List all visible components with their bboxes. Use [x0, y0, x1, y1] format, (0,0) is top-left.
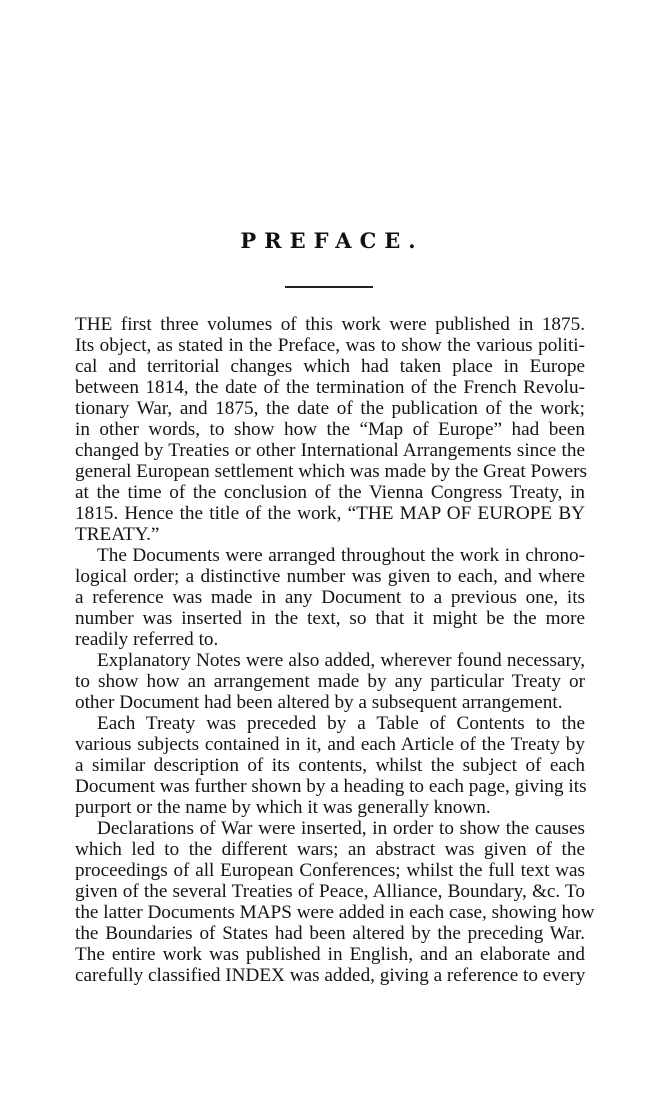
text-line: logical order; a distinctive number was … — [75, 566, 585, 587]
preface-body-text: THE first three volumes of this work wer… — [75, 314, 585, 986]
text-line: cal and territorial changes which had ta… — [75, 356, 585, 377]
text-line: a similar description of its contents, w… — [75, 755, 585, 776]
text-line: a reference was made in any Document to … — [75, 587, 585, 608]
text-line: THE first three volumes of this work wer… — [75, 314, 585, 335]
page-title: PREFACE. — [0, 228, 664, 253]
text-line: other Document had been altered by a sub… — [75, 692, 585, 713]
text-line: 1815. Hence the title of the work, “THE … — [75, 503, 585, 524]
title-rule-divider — [285, 286, 373, 288]
text-line: the Boundaries of States had been altere… — [75, 923, 585, 944]
book-page: PREFACE. THE first three volumes of this… — [0, 0, 664, 1100]
text-line: Declarations of War were inserted, in or… — [75, 818, 585, 839]
text-line: the latter Documents MAPS were added in … — [75, 902, 585, 923]
text-line: proceedings of all European Conferences;… — [75, 860, 585, 881]
text-line: carefully classified INDEX was added, gi… — [75, 965, 585, 986]
text-line: The Documents were arranged throughout t… — [75, 545, 585, 566]
text-line: general European settlement which was ma… — [75, 461, 585, 482]
text-line: tionary War, and 1875, the date of the p… — [75, 398, 585, 419]
text-line: TREATY.” — [75, 524, 585, 545]
text-line: which led to the different wars; an abst… — [75, 839, 585, 860]
text-line: readily referred to. — [75, 629, 585, 650]
text-line: between 1814, the date of the terminatio… — [75, 377, 585, 398]
text-line: at the time of the conclusion of the Vie… — [75, 482, 585, 503]
text-line: Explanatory Notes were also added, where… — [75, 650, 585, 671]
text-line: purport or the name by which it was gene… — [75, 797, 585, 818]
text-line: Document was further shown by a heading … — [75, 776, 585, 797]
text-line: in other words, to show how the “Map of … — [75, 419, 585, 440]
text-line: Its object, as stated in the Preface, wa… — [75, 335, 585, 356]
text-line: Each Treaty was preceded by a Table of C… — [75, 713, 585, 734]
text-line: number was inserted in the text, so that… — [75, 608, 585, 629]
text-line: changed by Treaties or other Internation… — [75, 440, 585, 461]
text-line: The entire work was published in English… — [75, 944, 585, 965]
text-line: given of the several Treaties of Peace, … — [75, 881, 585, 902]
text-line: to show how an arrangement made by any p… — [75, 671, 585, 692]
text-line: various subjects contained in it, and ea… — [75, 734, 585, 755]
